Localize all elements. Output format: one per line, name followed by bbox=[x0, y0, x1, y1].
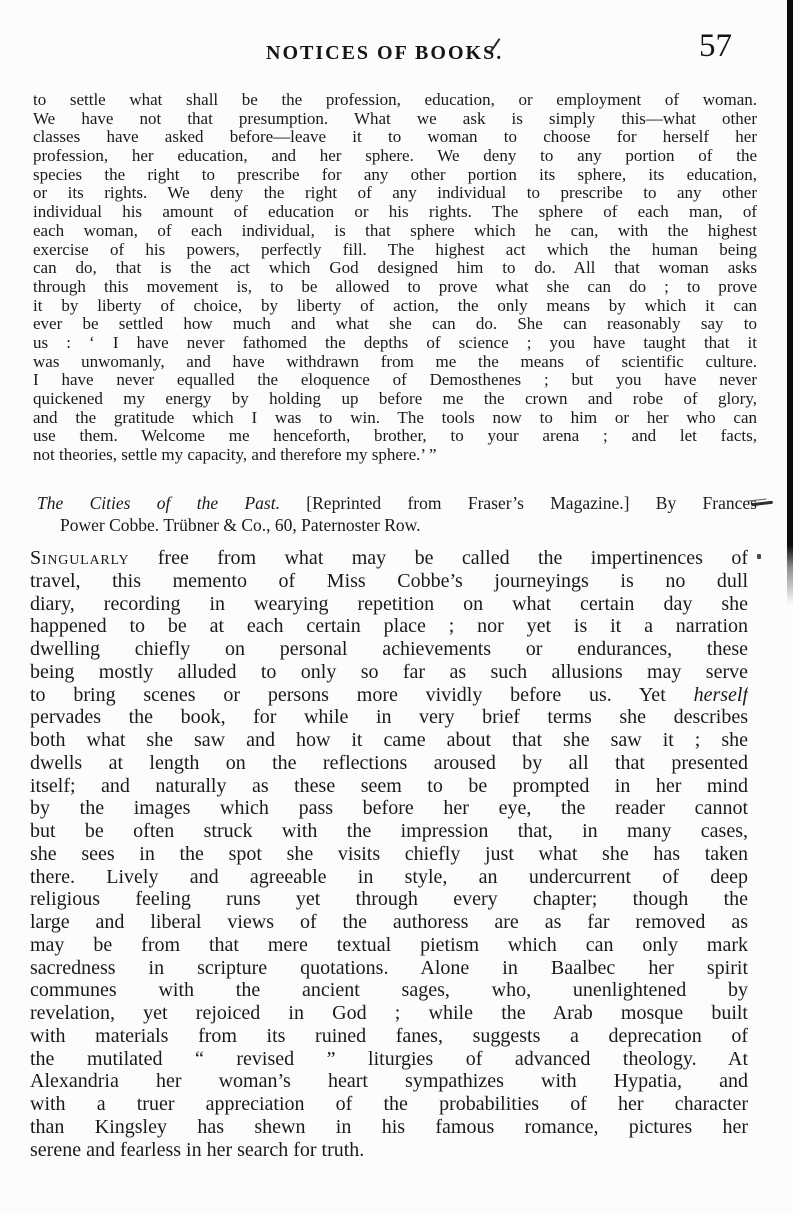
text-line: Singularly free from what may be called … bbox=[30, 547, 748, 570]
text-line: Alexandria her woman’s heart sympathizes… bbox=[30, 1070, 748, 1093]
text-line: individual his amount of education or hi… bbox=[33, 203, 757, 222]
text-line: to settle what shall be the profession, … bbox=[33, 91, 757, 110]
text-line: can do, that is the act which God design… bbox=[33, 259, 757, 278]
running-head-title: NOTICES OF BOOKS. bbox=[266, 42, 503, 65]
text-line: the mutilated “ revised ” liturgies of a… bbox=[30, 1048, 748, 1071]
text-line: but be often struck with the impression … bbox=[30, 820, 748, 843]
text-line: serene and fearless in her search for tr… bbox=[30, 1139, 748, 1162]
text-line: than Kingsley has shewn in his famous ro… bbox=[30, 1116, 748, 1139]
text-line: each woman, of each individual, is that … bbox=[33, 222, 757, 241]
text-line: both what she saw and how it came about … bbox=[30, 729, 748, 752]
text-line: us : ‘ I have never fathomed the depths … bbox=[33, 334, 757, 353]
text-line: dwells at length on the reflections arou… bbox=[30, 752, 748, 775]
review-paragraph: Singularly free from what may be called … bbox=[30, 547, 748, 1161]
excerpt-paragraph: to settle what shall be the profession, … bbox=[33, 91, 757, 465]
text-line: itself; and naturally as these seem to b… bbox=[30, 775, 748, 798]
margin-speck-artifact bbox=[757, 554, 761, 559]
text-line: happened to be at each certain place ; n… bbox=[30, 615, 748, 638]
text-line: was unwomanly, and have withdrawn from m… bbox=[33, 353, 757, 372]
text-line: and the gratitude which I was to win. Th… bbox=[33, 409, 757, 428]
book-citation: The Cities of the Past. [Reprinted from … bbox=[37, 492, 757, 536]
text-line: species the right to prescribe for any o… bbox=[33, 166, 757, 185]
text-line: travel, this memento of Miss Cobbe’s jou… bbox=[30, 570, 748, 593]
text-line: or its rights. We deny the right of any … bbox=[33, 184, 757, 203]
text-line: exercise of his powers, perfectly fill. … bbox=[33, 241, 757, 260]
text-line: use them. Welcome me henceforth, brother… bbox=[33, 427, 757, 446]
text-line: with a truer appreciation of the probabi… bbox=[30, 1093, 748, 1116]
text-line: being mostly alluded to only so far as s… bbox=[30, 661, 748, 684]
text-line: it by liberty of choice, by liberty of a… bbox=[33, 297, 757, 316]
text-line: The Cities of the Past. [Reprinted from … bbox=[37, 492, 757, 514]
text-line: We have not that presumption. What we as… bbox=[33, 110, 757, 129]
text-line: she sees in the spot she visits chiefly … bbox=[30, 843, 748, 866]
text-line: dwelling chiefly on personal achievement… bbox=[30, 638, 748, 661]
text-line: classes have asked before—leave it to wo… bbox=[33, 128, 757, 147]
text-line: to bring scenes or persons more vividly … bbox=[30, 684, 748, 707]
text-line: not theories, settle my capacity, and th… bbox=[33, 446, 757, 465]
book-page: NOTICES OF BOOKS. 57 to settle what shal… bbox=[0, 0, 793, 1214]
text-line: there. Lively and agreeable in style, an… bbox=[30, 866, 748, 889]
text-line: through this movement is, to be allowed … bbox=[33, 278, 757, 297]
text-line: with materials from its ruined fanes, su… bbox=[30, 1025, 748, 1048]
scan-edge-shadow-bar bbox=[787, 0, 793, 605]
text-line: by the images which pass before her eye,… bbox=[30, 797, 748, 820]
text-line: may be from that mere textual pietism wh… bbox=[30, 934, 748, 957]
text-line: profession, her education, and her spher… bbox=[33, 147, 757, 166]
text-line: quickened my energy by holding up before… bbox=[33, 390, 757, 409]
page-number: 57 bbox=[699, 28, 732, 65]
text-line: revelation, yet rejoiced in God ; while … bbox=[30, 1002, 748, 1025]
text-line: sacredness in scripture quotations. Alon… bbox=[30, 957, 748, 980]
text-line: large and liberal views of the authoress… bbox=[30, 911, 748, 934]
text-line: religious feeling runs yet through every… bbox=[30, 888, 748, 911]
text-line: ever be settled how much and what she ca… bbox=[33, 315, 757, 334]
text-line: pervades the book, for while in very bri… bbox=[30, 706, 748, 729]
text-line: diary, recording in wearying repetition … bbox=[30, 593, 748, 616]
text-line: Power Cobbe. Trübner & Co., 60, Paternos… bbox=[37, 514, 757, 536]
text-line: I have never equalled the eloquence of D… bbox=[33, 371, 757, 390]
text-line: communes with the ancient sages, who, un… bbox=[30, 979, 748, 1002]
